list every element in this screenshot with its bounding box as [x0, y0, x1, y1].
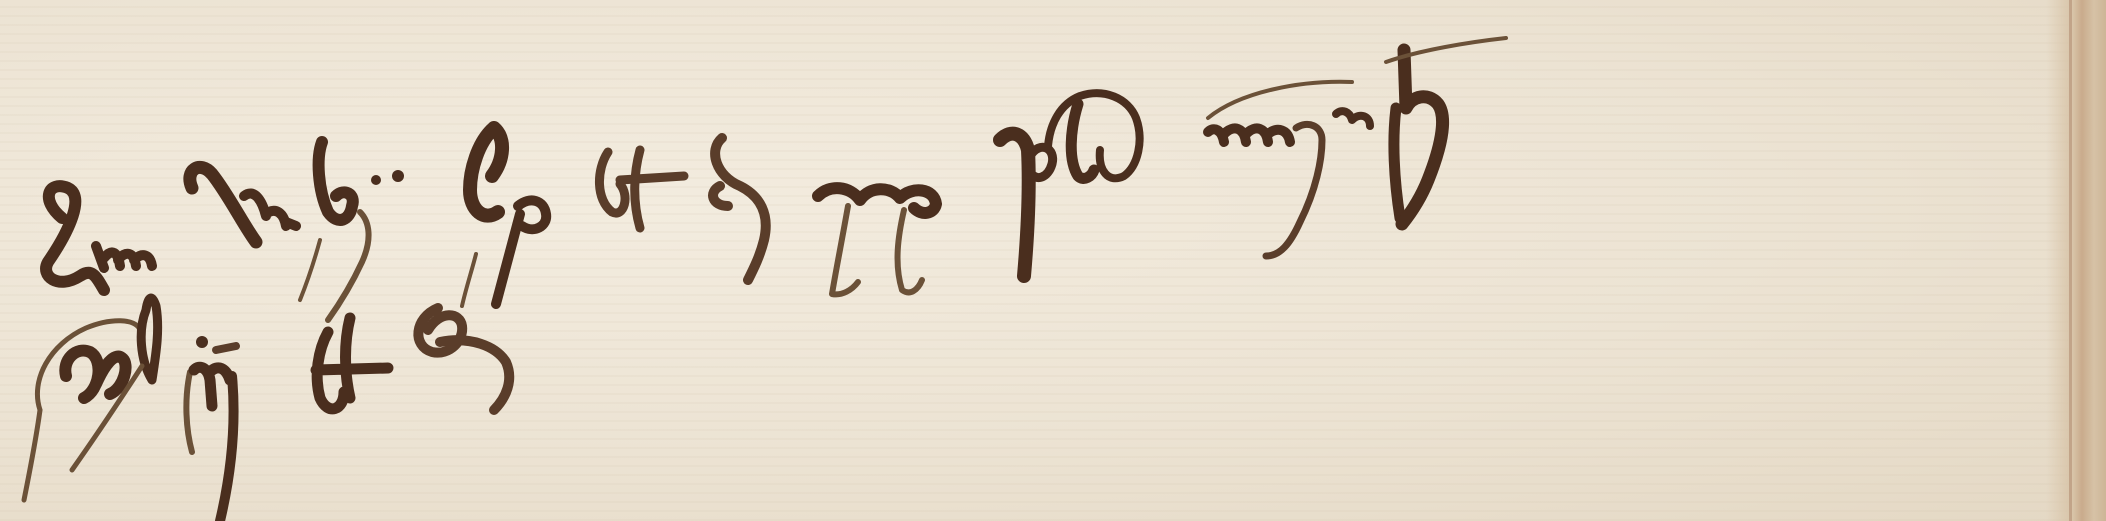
word-lb-2 [599, 150, 684, 228]
word-lb-1 [470, 128, 546, 304]
handwriting-strokes [0, 0, 2106, 521]
word-lb-3 [300, 240, 388, 409]
manuscript-page: Item Vrbij lb lb d xx pl(ur)e m(a)n(e)ns… [0, 0, 2106, 521]
word-abs [24, 298, 158, 500]
word-d-2 [418, 254, 509, 410]
word-plure [1000, 93, 1140, 276]
word-iij [186, 336, 236, 521]
word-manensith [1208, 38, 1506, 256]
word-xx [818, 188, 936, 294]
word-d-1 [713, 138, 766, 280]
word-item [46, 186, 152, 290]
word-vrbij [190, 142, 404, 320]
